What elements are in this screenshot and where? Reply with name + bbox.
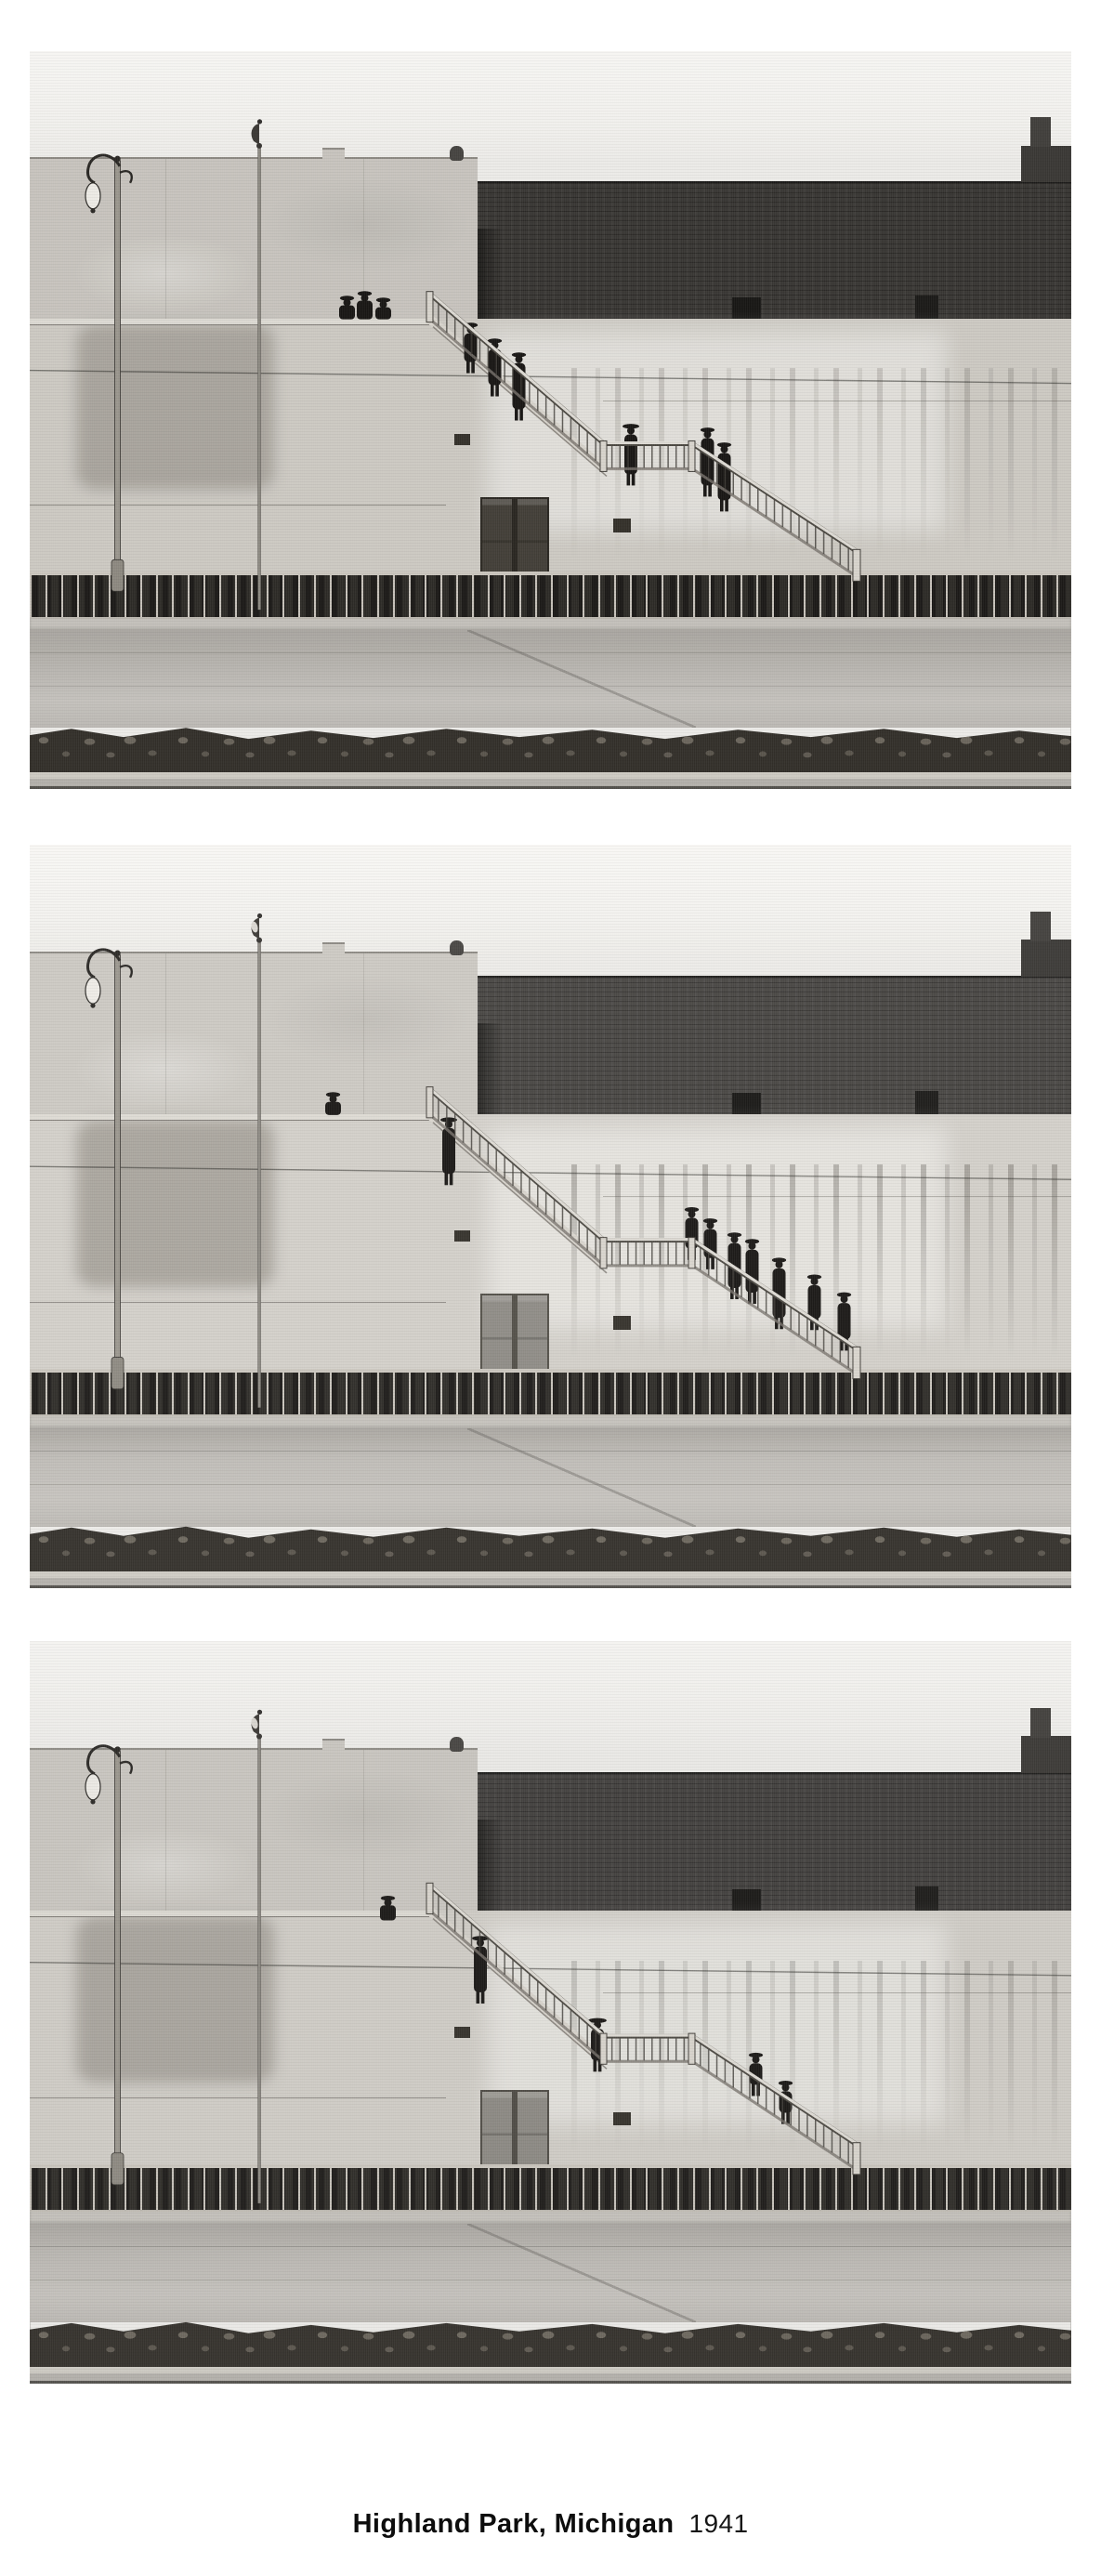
railing-end-post	[853, 1347, 860, 1378]
street-lamp-icon	[85, 1746, 132, 2185]
photo-book-page: Highland Park, Michigan1941	[0, 0, 1101, 2576]
person	[325, 1092, 341, 1115]
stair-stringer	[430, 1115, 604, 1266]
railing-newel-post	[688, 440, 695, 471]
telephone-wire	[30, 1963, 1071, 1976]
railing-newel-post	[688, 1238, 695, 1268]
person	[380, 1896, 396, 1921]
staircase-overlay	[30, 845, 1071, 1588]
eagle-finial-icon	[252, 124, 259, 145]
person	[703, 1218, 717, 1269]
stair-parapet-edge	[433, 1123, 607, 1273]
photograph-frame-2	[30, 845, 1071, 1588]
railing-newel-post	[600, 2033, 607, 2064]
telephone-wire	[30, 1166, 1071, 1179]
stair-parapet-edge	[433, 1918, 607, 2069]
person	[623, 424, 639, 485]
person	[512, 352, 526, 420]
staircase-overlay	[30, 51, 1071, 789]
stair-stringer	[430, 1911, 604, 2061]
railing-newel-post	[600, 440, 607, 471]
stair-stringer	[692, 2061, 857, 2170]
photograph-frame-3	[30, 1641, 1071, 2384]
street-lamp-icon	[85, 950, 132, 1389]
person	[375, 297, 391, 319]
stair-stringer	[692, 468, 857, 576]
railing-newel-post	[426, 292, 433, 322]
railing-rail	[692, 442, 857, 550]
railing-rail	[692, 2035, 857, 2144]
person	[717, 442, 731, 511]
railing-rail	[430, 1089, 604, 1240]
photo-caption: Highland Park, Michigan1941	[0, 2509, 1101, 2540]
person	[339, 296, 355, 319]
person	[701, 427, 714, 496]
staircase-overlay	[30, 1641, 1071, 2384]
railing-newel-post	[426, 1883, 433, 1913]
telephone-wire	[30, 371, 1071, 384]
caption-location: Highland Park, Michigan	[353, 2509, 675, 2539]
railing-newel-post	[688, 2033, 695, 2064]
stair-stringer	[430, 320, 604, 469]
photograph-frame-1	[30, 51, 1071, 789]
street-lamp-icon	[85, 155, 132, 591]
railing-rail	[430, 1885, 604, 2035]
railing-newel-post	[426, 1087, 433, 1118]
flag-pole	[252, 119, 263, 610]
person	[357, 291, 373, 319]
flag-pole	[250, 913, 262, 1408]
railing-end-post	[853, 549, 860, 581]
flag-pole	[250, 1710, 262, 2203]
railing-end-post	[853, 2143, 860, 2175]
caption-year: 1941	[689, 2509, 749, 2538]
railing-newel-post	[600, 1238, 607, 1268]
person	[745, 1239, 759, 1304]
railing-rail	[692, 1240, 857, 1348]
